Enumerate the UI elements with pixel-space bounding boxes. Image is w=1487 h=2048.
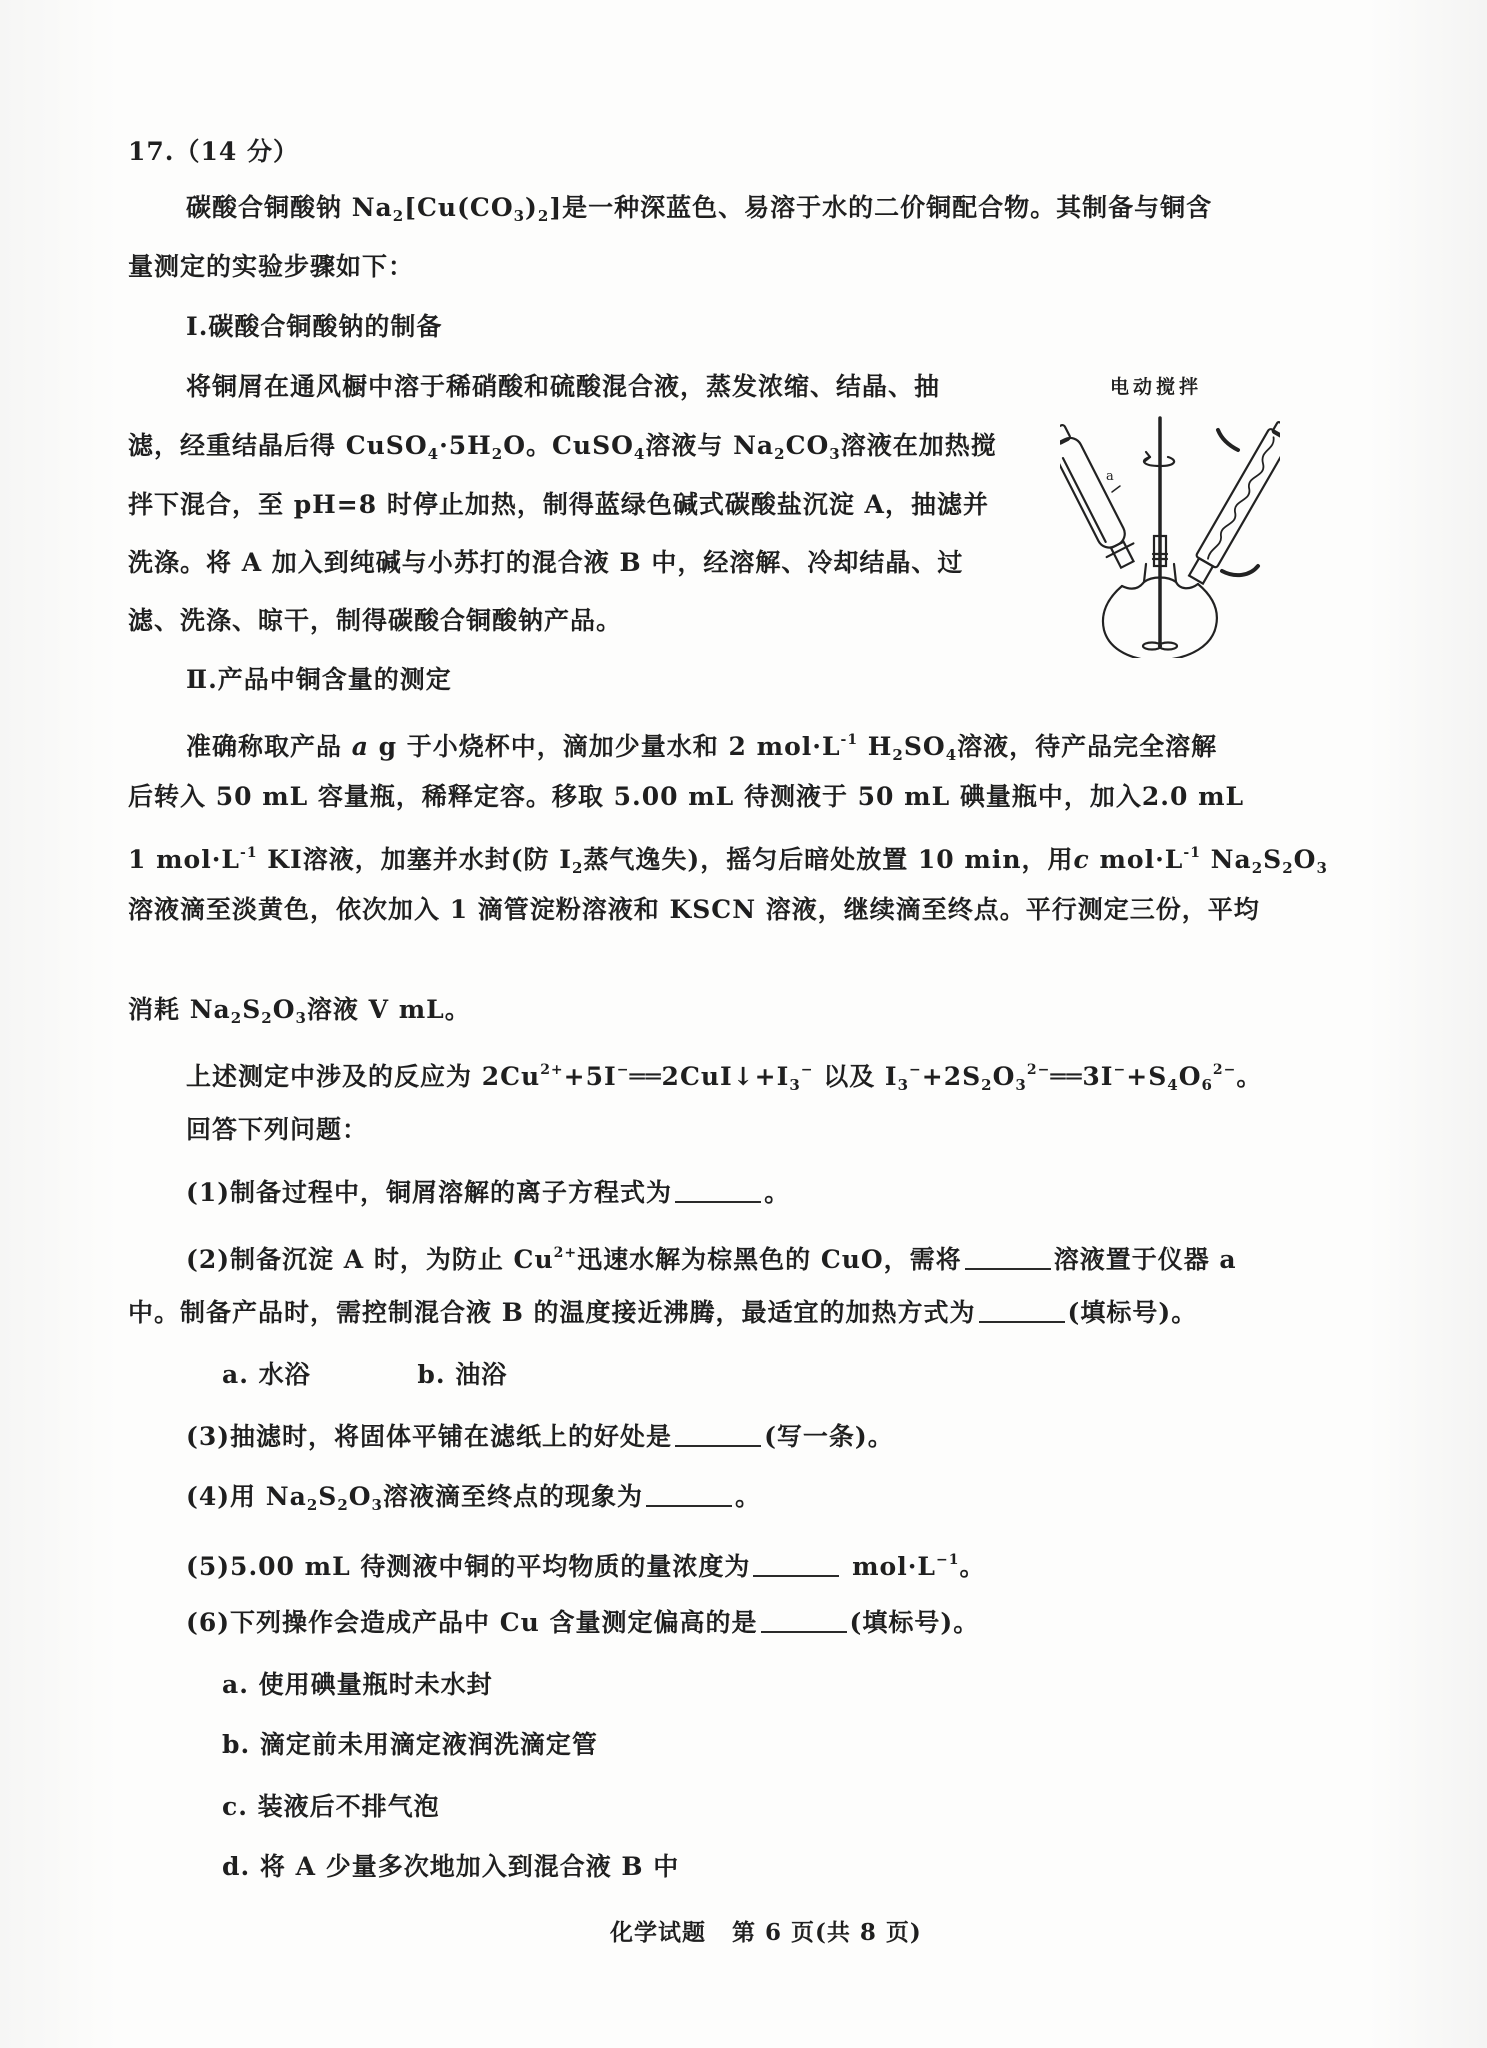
text-run: a. 使用碘量瓶时未水封 — [222, 1670, 493, 1699]
text-run: 。 — [960, 1552, 986, 1581]
text-run: (2)制备沉淀 A 时，为防止 Cu — [186, 1245, 554, 1274]
question-2-line-1: (2)制备沉淀 A 时，为防止 Cu2+迅速水解为棕黑色的 CuO，需将溶液置于… — [186, 1236, 1237, 1270]
text-run: +5I — [564, 1062, 617, 1091]
text-run: Na — [1201, 845, 1252, 874]
text-run: 滤，经重结晶后得 CuSO — [128, 431, 428, 460]
text-run: b. 油浴 — [311, 1360, 508, 1389]
text-sub: 2 — [981, 1076, 992, 1094]
text-sup: −1 — [936, 1552, 959, 1568]
text-run: S — [242, 995, 261, 1024]
text-run: c. 装液后不排气泡 — [222, 1792, 440, 1821]
text-run: 后转入 50 mL 容量瓶，稀释定容。移取 5.00 mL 待测液于 50 mL… — [128, 782, 1244, 811]
text-sub: 3 — [789, 1076, 800, 1094]
text-sup: -1 — [240, 845, 258, 861]
reaction-equations: 上述测定中涉及的反应为 2Cu2++5I−══2CuI↓+I3− 以及 I3−+… — [186, 1053, 1262, 1087]
answer-blank — [675, 1421, 761, 1447]
question-number: 17.（14 分） — [128, 135, 299, 169]
text-run: 溶液滴至终点的现象为 — [383, 1482, 643, 1511]
question-6-option-a: a. 使用碘量瓶时未水封 — [222, 1668, 493, 1702]
text-run: +S — [1126, 1062, 1167, 1091]
text-sub: 3 — [1316, 859, 1327, 877]
text-run: O。CuSO — [503, 431, 634, 460]
answer-blank — [675, 1177, 761, 1203]
footer-subject: 化学试题 — [610, 1919, 706, 1946]
section-2-line-2: 后转入 50 mL 容量瓶，稀释定容。移取 5.00 mL 待测液于 50 mL… — [128, 780, 1244, 814]
text-sub: 2 — [231, 1009, 242, 1027]
question-2-line-2: 中。制备产品时，需控制混合液 B 的温度接近沸腾，最适宜的加热方式为(填标号)。 — [128, 1296, 1197, 1330]
answer-blank — [753, 1551, 839, 1577]
text-run: O — [1179, 1062, 1202, 1091]
text-run: 溶液滴至淡黄色，依次加入 1 滴管淀粉溶液和 KSCN 溶液，继续滴至终点。平行… — [128, 895, 1260, 924]
section-2-line-5: 消耗 Na2S2O3溶液 V mL。 — [128, 993, 471, 1027]
text-run: (3)抽滤时，将固体平铺在滤纸上的好处是 — [186, 1422, 672, 1451]
text-sub: 2 — [307, 1496, 318, 1514]
text-sub: 4 — [428, 445, 439, 463]
question-4: (4)用 Na2S2O3溶液滴至终点的现象为。 — [186, 1480, 761, 1514]
text-sub: 3 — [514, 207, 525, 225]
text-sup: 2+ — [540, 1062, 563, 1078]
text-sub: 2 — [1252, 859, 1263, 877]
text-sub: 4 — [1167, 1076, 1178, 1094]
text-run: 洗涤。将 A 加入到纯碱与小苏打的混合液 B 中，经溶解、冷却结晶、过 — [128, 548, 963, 577]
text-run: 。 — [1236, 1062, 1262, 1091]
question-5: (5)5.00 mL 待测液中铜的平均物质的量浓度为 mol·L−1。 — [186, 1543, 986, 1577]
text-run: 17.（14 分） — [128, 137, 299, 166]
section-1-line-2: 滤，经重结晶后得 CuSO4·5H2O。CuSO4溶液与 Na2CO3溶液在加热… — [128, 429, 997, 463]
answer-blank — [761, 1607, 847, 1633]
text-run: Ⅰ.碳酸合铜酸钠的制备 — [186, 312, 442, 341]
text-run: 回答下列问题： — [186, 1115, 368, 1144]
text-sub: 2 — [1282, 859, 1293, 877]
text-sub: 2 — [492, 445, 503, 463]
text-run: 拌下混合，至 pH=8 时停止加热，制得蓝绿色碱式碳酸盐沉淀 A，抽滤并 — [128, 490, 989, 519]
three-neck-flask-apparatus-figure: a — [1060, 368, 1280, 658]
answer-prompt: 回答下列问题： — [186, 1113, 368, 1147]
text-run: KI溶液，加塞并水封(防 I — [258, 845, 572, 874]
text-run: ══2CuI↓+I — [629, 1062, 789, 1091]
text-run: ══3I — [1050, 1062, 1113, 1091]
footer-page-number: 第 6 页(共 8 页) — [732, 1919, 922, 1946]
text-run: H — [858, 732, 892, 761]
text-sup: 2− — [1213, 1062, 1236, 1078]
text-run: 以及 I — [813, 1062, 897, 1091]
text-run: a. 水浴 — [222, 1360, 311, 1389]
question-1: (1)制备过程中，铜屑溶解的离子方程式为。 — [186, 1176, 790, 1210]
text-run: +2S — [922, 1062, 981, 1091]
text-run: ) — [525, 193, 538, 222]
text-run: Ⅱ.产品中铜含量的测定 — [186, 665, 452, 694]
text-run: mol·L — [1090, 845, 1184, 874]
text-sub: 3 — [898, 1076, 909, 1094]
question-6-option-c: c. 装液后不排气泡 — [222, 1790, 440, 1824]
text-sub: 4 — [946, 746, 957, 764]
text-run: O — [993, 1062, 1016, 1091]
text-sup: − — [801, 1062, 814, 1078]
question-6: (6)下列操作会造成产品中 Cu 含量测定偏高的是(填标号)。 — [186, 1606, 979, 1640]
text-run: 溶液，待产品完全溶解 — [957, 732, 1217, 761]
text-run: (填标号)。 — [850, 1608, 980, 1637]
text-run: (5)5.00 mL 待测液中铜的平均物质的量浓度为 — [186, 1552, 750, 1581]
text-run: 溶液在加热搅 — [841, 431, 997, 460]
text-sub: 2 — [572, 859, 583, 877]
section-2-line-4: 溶液滴至淡黄色，依次加入 1 滴管淀粉溶液和 KSCN 溶液，继续滴至终点。平行… — [128, 893, 1260, 927]
text-run: O — [1294, 845, 1317, 874]
text-run: 上述测定中涉及的反应为 2Cu — [186, 1062, 540, 1091]
text-run: 碳酸合铜酸钠 Na — [186, 193, 393, 222]
answer-blank — [646, 1481, 732, 1507]
text-sup: − — [909, 1062, 922, 1078]
text-sub: 4 — [634, 445, 645, 463]
text-i: c — [1074, 845, 1090, 874]
figure-funnel-label: a — [1106, 469, 1114, 484]
section-2-line-3: 1 mol·L-1 KI溶液，加塞并水封(防 I2蒸气逸失)，摇匀后暗处放置 1… — [128, 836, 1328, 870]
answer-blank — [965, 1244, 1051, 1270]
text-sub: 2 — [774, 445, 785, 463]
text-run: O — [349, 1482, 372, 1511]
intro-line-1: 碳酸合铜酸钠 Na2[Cu(CO3)2]是一种深蓝色、易溶于水的二价铜配合物。其… — [186, 191, 1212, 225]
section-2-heading: Ⅱ.产品中铜含量的测定 — [186, 663, 452, 697]
text-sub: 3 — [829, 445, 840, 463]
text-run: 迅速水解为棕黑色的 CuO，需将 — [577, 1245, 962, 1274]
text-run: SO — [904, 732, 946, 761]
text-run: 溶液与 Na — [645, 431, 774, 460]
text-run: 量测定的实验步骤如下： — [128, 252, 414, 281]
text-run: (6)下列操作会造成产品中 Cu 含量测定偏高的是 — [186, 1608, 758, 1637]
text-run: 滤、洗涤、晾干，制得碳酸合铜酸钠产品。 — [128, 606, 622, 635]
intro-line-2: 量测定的实验步骤如下： — [128, 250, 414, 284]
question-6-option-d: d. 将 A 少量多次地加入到混合液 B 中 — [222, 1850, 679, 1884]
text-run: 准确称取产品 — [186, 732, 352, 761]
text-run: ·5H — [439, 431, 492, 460]
text-sup: 2+ — [554, 1245, 577, 1261]
text-sub: 2 — [261, 1009, 272, 1027]
text-sub: 6 — [1201, 1076, 1212, 1094]
text-run: (4)用 Na — [186, 1482, 307, 1511]
text-sub: 2 — [337, 1496, 348, 1514]
section-1-line-4: 洗涤。将 A 加入到纯碱与小苏打的混合液 B 中，经溶解、冷却结晶、过 — [128, 546, 963, 580]
text-run: 溶液 V mL。 — [307, 995, 471, 1024]
text-sup: − — [617, 1062, 630, 1078]
question-3: (3)抽滤时，将固体平铺在滤纸上的好处是(写一条)。 — [186, 1420, 894, 1454]
text-run: 消耗 Na — [128, 995, 231, 1024]
text-sub: 2 — [538, 207, 549, 225]
text-run: d. 将 A 少量多次地加入到混合液 B 中 — [222, 1852, 679, 1881]
section-1-line-1: 将铜屑在通风橱中溶于稀硝酸和硫酸混合液，蒸发浓缩、结晶、抽 — [186, 370, 940, 404]
text-sup: -1 — [841, 732, 859, 748]
text-run: 蒸气逸失)，摇匀后暗处放置 10 min，用 — [583, 845, 1073, 874]
text-run: CO — [786, 431, 830, 460]
text-sup: 2− — [1027, 1062, 1050, 1078]
answer-blank — [979, 1297, 1065, 1323]
text-sub: 3 — [1015, 1076, 1026, 1094]
text-run: 。 — [735, 1482, 761, 1511]
text-run: g 于小烧杯中，滴加少量水和 2 mol·L — [369, 732, 841, 761]
text-run: b. 滴定前未用滴定液润洗滴定管 — [222, 1730, 598, 1759]
text-run: 将铜屑在通风橱中溶于稀硝酸和硫酸混合液，蒸发浓缩、结晶、抽 — [186, 372, 940, 401]
text-run: [Cu(CO — [404, 193, 513, 222]
text-run: 1 mol·L — [128, 845, 240, 874]
question-6-option-b: b. 滴定前未用滴定液润洗滴定管 — [222, 1728, 598, 1762]
text-sub: 2 — [892, 746, 903, 764]
section-1-line-5: 滤、洗涤、晾干，制得碳酸合铜酸钠产品。 — [128, 604, 622, 638]
text-run: (填标号)。 — [1068, 1298, 1198, 1327]
section-1-heading: Ⅰ.碳酸合铜酸钠的制备 — [186, 310, 442, 344]
text-sub: 3 — [372, 1496, 383, 1514]
text-sub: 2 — [393, 207, 404, 225]
text-sub: 3 — [295, 1009, 306, 1027]
page-footer: 化学试题第 6 页(共 8 页) — [610, 1914, 922, 1947]
text-run: 中。制备产品时，需控制混合液 B 的温度接近沸腾，最适宜的加热方式为 — [128, 1298, 976, 1327]
text-run: S — [1263, 845, 1282, 874]
question-2-options: a. 水浴 b. 油浴 — [222, 1358, 507, 1392]
exam-page: 17.（14 分） 碳酸合铜酸钠 Na2[Cu(CO3)2]是一种深蓝色、易溶于… — [0, 0, 1487, 2048]
text-run: 。 — [764, 1178, 790, 1207]
text-run: 溶液置于仪器 a — [1054, 1245, 1237, 1274]
section-2-line-1: 准确称取产品 a g 于小烧杯中，滴加少量水和 2 mol·L-1 H2SO4溶… — [186, 723, 1217, 757]
text-run: S — [318, 1482, 337, 1511]
text-sup: -1 — [1183, 845, 1201, 861]
text-run: ]是一种深蓝色、易溶于水的二价铜配合物。其制备与铜含 — [549, 193, 1212, 222]
text-run: mol·L — [842, 1552, 936, 1581]
text-sup: − — [1114, 1062, 1127, 1078]
text-i: a — [352, 732, 369, 761]
text-run: (1)制备过程中，铜屑溶解的离子方程式为 — [186, 1178, 672, 1207]
section-1-line-3: 拌下混合，至 pH=8 时停止加热，制得蓝绿色碱式碳酸盐沉淀 A，抽滤并 — [128, 488, 989, 522]
text-run: O — [273, 995, 296, 1024]
text-run: (写一条)。 — [764, 1422, 894, 1451]
